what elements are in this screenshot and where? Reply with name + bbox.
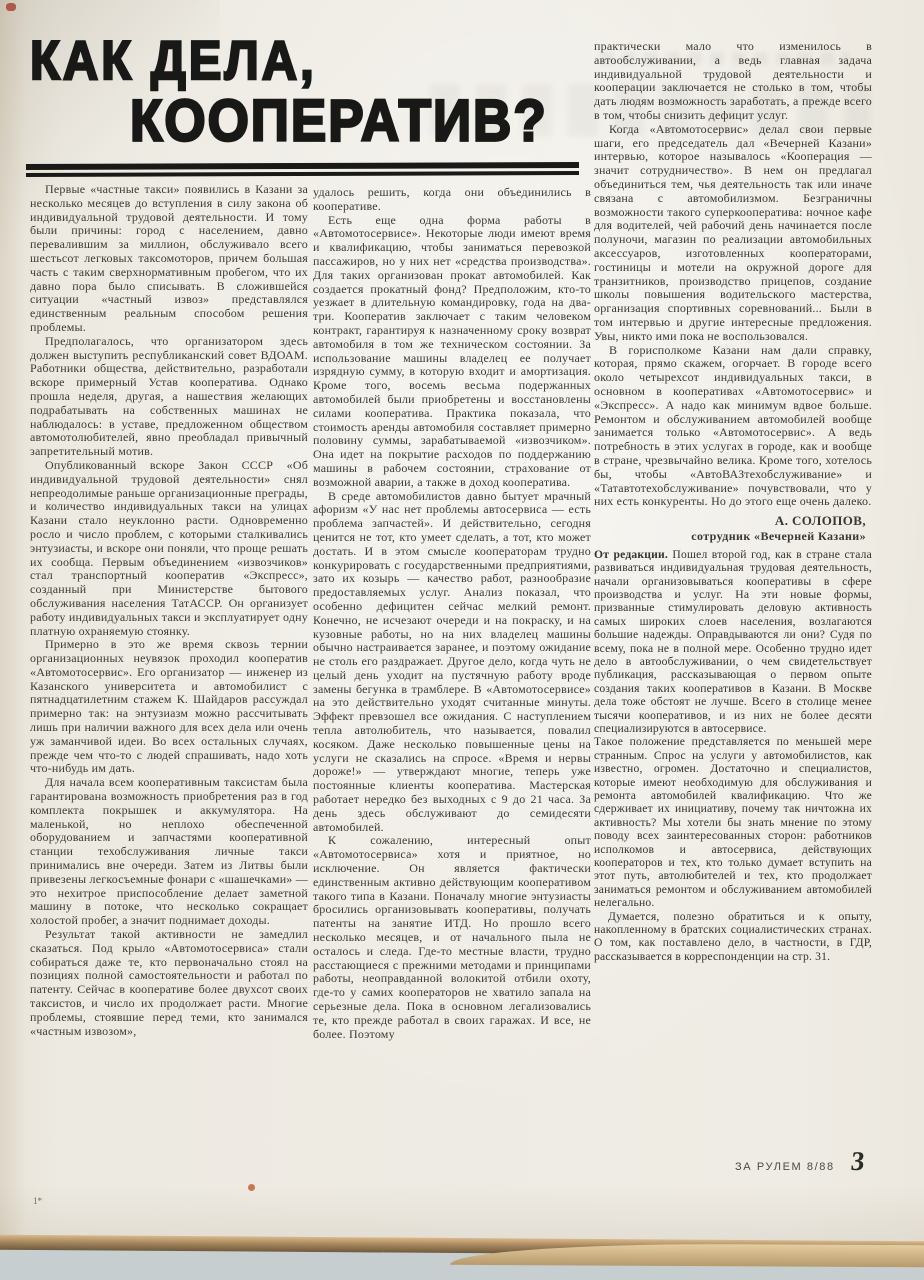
paragraph: Для начала всем кооперативным таксистам …: [30, 776, 308, 928]
paragraph: Опубликованный вскоре Закон СССР «Об инд…: [30, 459, 308, 638]
headline-line-2: КООПЕРАТИВ?: [130, 92, 548, 150]
paragraph: Думается, полезно обратиться и к опыту, …: [594, 910, 872, 964]
paper-stain: [248, 1184, 255, 1191]
editorial-note: От редакции. Пошел второй год, как в стр…: [594, 548, 872, 964]
editorial-lead-label: От редакции.: [594, 548, 668, 561]
paper-stain: [6, 3, 16, 11]
paragraph: удалось решить, когда они объединились в…: [313, 186, 591, 214]
editorial-first-paragraph: От редакции. Пошел второй год, как в стр…: [594, 548, 872, 736]
paragraph: В горисполкоме Казани нам дали справку, …: [594, 344, 872, 510]
byline-author: А. СОЛОПОВ,: [594, 514, 866, 528]
editorial-first-paragraph-text: Пошел второй год, как в стране стала раз…: [594, 548, 872, 735]
magazine-issue-label: ЗА РУЛЕМ 8/88: [735, 1161, 835, 1173]
paragraph: Такое положение представляется по меньше…: [594, 735, 872, 909]
article-column-1: Первые «частные такси» появились в Казан…: [30, 183, 308, 1168]
paragraph: практически мало что изменилось в автооб…: [594, 40, 872, 123]
paragraph: В среде автомобилистов давно бытует мрач…: [313, 490, 591, 835]
paragraph: Результат такой активности не замедлил с…: [30, 928, 308, 1038]
column-3-body: практически мало что изменилось в автооб…: [594, 40, 872, 509]
paragraph: Примерно в это же время сквозь тернии ор…: [30, 638, 308, 776]
article-byline: А. СОЛОПОВ, сотрудник «Вечерней Казани»: [594, 514, 866, 544]
article-column-2: удалось решить, когда они объединились в…: [313, 186, 591, 1161]
rule-bar-bottom: [26, 171, 579, 177]
page-number: 3: [849, 1146, 866, 1177]
rule-bar-top: [26, 162, 579, 170]
headline-line-1: КАК ДЕЛА,: [30, 34, 548, 89]
article-headline: КАК ДЕЛА, КООПЕРАТИВ?: [30, 34, 548, 145]
headline-double-rule: [26, 162, 579, 177]
byline-role: сотрудник «Вечерней Казани»: [594, 530, 866, 544]
paragraph: Есть еще одна форма работы в «Автомотосе…: [313, 214, 591, 490]
scanned-magazine-page: { "colors":{ "paper":"#ece8e0", "ink":"#…: [0, 0, 924, 1280]
paragraph: Первые «частные такси» появились в Казан…: [30, 183, 308, 335]
article-column-3: практически мало что изменилось в автооб…: [594, 40, 872, 1115]
signature-mark: 1*: [33, 1196, 42, 1206]
editorial-rest: Такое положение представляется по меньше…: [594, 735, 872, 963]
paragraph: Предполагалось, что организатором здесь …: [30, 335, 308, 459]
magazine-page-sheet: КАК ДЕЛА, КООПЕРАТИВ? Первые «частные та…: [0, 0, 924, 1244]
paragraph: Когда «Автомотосервис» делал свои первые…: [594, 123, 872, 344]
paragraph: К сожалению, интересный опыт «Автомотосе…: [313, 834, 591, 1041]
